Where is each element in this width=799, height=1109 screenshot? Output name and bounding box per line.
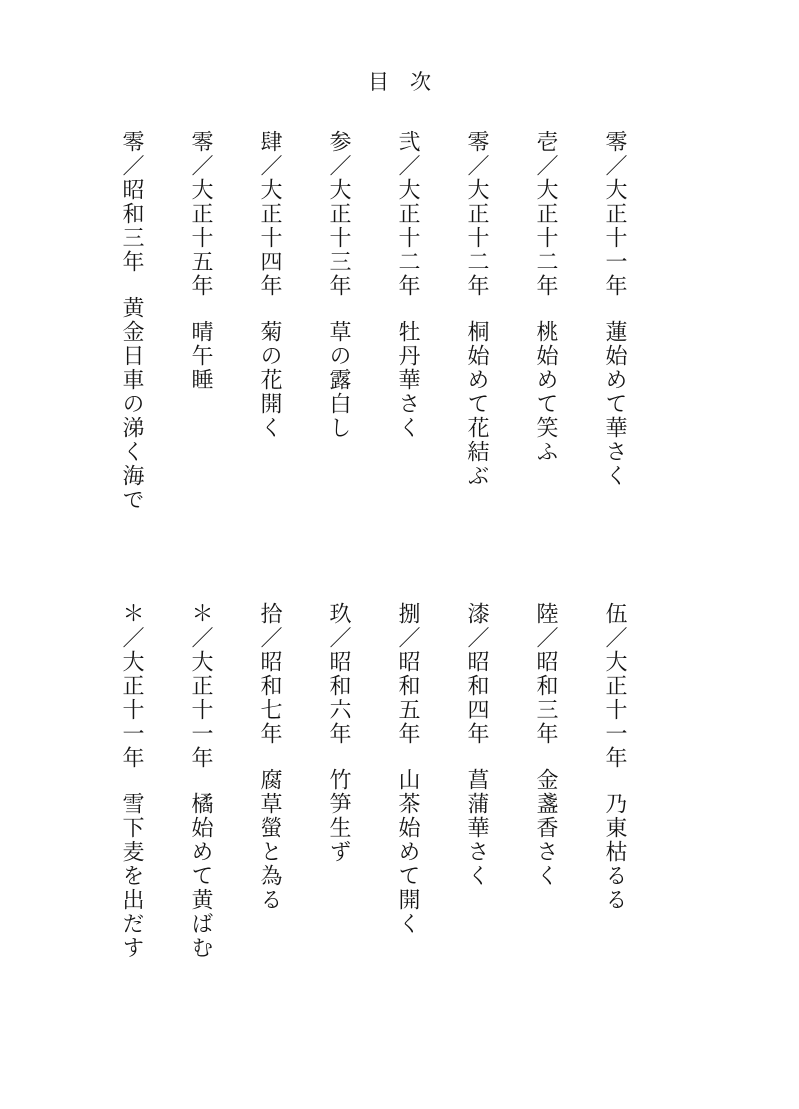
- entry-year: 昭和三年: [119, 178, 144, 274]
- entry-number: 玖: [326, 602, 351, 626]
- entry-caption: 菖蒲華さく: [464, 768, 489, 888]
- entry-separator: ／: [119, 154, 144, 178]
- entry-separator: ／: [188, 626, 213, 650]
- entry-separator: ／: [602, 626, 627, 650]
- entry-number: 零: [464, 130, 489, 154]
- entry-number: 肆: [257, 130, 282, 154]
- entry-caption: 菊の花開く: [257, 320, 282, 440]
- entry-separator: ／: [395, 626, 420, 650]
- entry-caption: 金盞香さく: [533, 768, 558, 888]
- entry-year: 昭和六年: [326, 650, 351, 746]
- entry-year: 大正十四年: [257, 178, 282, 298]
- entry-year: 大正十二年: [533, 178, 558, 298]
- entry-year: 昭和四年: [464, 650, 489, 746]
- entry-year: 大正十五年: [188, 178, 213, 298]
- entry-number: 零: [188, 130, 213, 154]
- toc-part-1: 零／大正十一年蓮始めて華さく 壱／大正十二年桃始めて笑ふ 零／大正十二年桐始めて…: [97, 130, 649, 620]
- entry-separator: ／: [533, 626, 558, 650]
- entry-caption: 牡丹華さく: [395, 320, 420, 440]
- toc-entry: 陸／昭和三年金盞香さく: [511, 602, 580, 1092]
- entry-separator: ／: [395, 154, 420, 178]
- entry-number: ＊: [188, 602, 213, 626]
- entry-separator: ／: [464, 626, 489, 650]
- entry-year: 昭和三年: [533, 650, 558, 746]
- entry-year: 大正十三年: [326, 178, 351, 298]
- entry-caption: 蓮始めて華さく: [602, 320, 627, 488]
- entry-number: 零: [119, 130, 144, 154]
- entry-caption: 黄金日車の涕く海で: [119, 296, 144, 512]
- entry-caption: 腐草螢と為る: [257, 768, 282, 912]
- entry-caption: 乃東枯るる: [602, 792, 627, 912]
- entry-number: 伍: [602, 602, 627, 626]
- toc-entry: 零／大正十五年晴午睡: [166, 130, 235, 620]
- entry-separator: ／: [533, 154, 558, 178]
- toc-part-2: 伍／大正十一年乃東枯るる 陸／昭和三年金盞香さく 漆／昭和四年菖蒲華さく 捌／昭…: [97, 602, 649, 1092]
- toc-entry: 捌／昭和五年山茶始めて開く: [373, 602, 442, 1092]
- entry-number: 壱: [533, 130, 558, 154]
- entry-caption: 晴午睡: [188, 320, 213, 392]
- entry-caption: 桐始めて花結ぶ: [464, 320, 489, 488]
- toc-entry: 弐／大正十二年牡丹華さく: [373, 130, 442, 620]
- entry-caption: 桃始めて笑ふ: [533, 320, 558, 464]
- entry-separator: ／: [326, 626, 351, 650]
- toc-entry: 漆／昭和四年菖蒲華さく: [442, 602, 511, 1092]
- entry-separator: ／: [602, 154, 627, 178]
- entry-caption: 竹笋生ず: [326, 768, 351, 864]
- entry-year: 大正十一年: [602, 178, 627, 298]
- entry-separator: ／: [464, 154, 489, 178]
- entry-year: 大正十一年: [602, 650, 627, 770]
- entry-separator: ／: [257, 154, 282, 178]
- entry-year: 昭和五年: [395, 650, 420, 746]
- toc-entry: 参／大正十三年草の露白し: [304, 130, 373, 620]
- entry-number: 漆: [464, 602, 489, 626]
- entry-number: 零: [602, 130, 627, 154]
- entry-year: 大正十二年: [464, 178, 489, 298]
- entry-number: 拾: [257, 602, 282, 626]
- entry-number: 参: [326, 130, 351, 154]
- toc-entry: ＊／大正十一年雪下麦を出だす: [97, 602, 166, 1092]
- toc-entry: 肆／大正十四年菊の花開く: [235, 130, 304, 620]
- toc-entry: 壱／大正十二年桃始めて笑ふ: [511, 130, 580, 620]
- toc-entry: 拾／昭和七年腐草螢と為る: [235, 602, 304, 1092]
- entry-number: 捌: [395, 602, 420, 626]
- entry-caption: 橘始めて黄ばむ: [188, 792, 213, 960]
- entry-separator: ／: [188, 154, 213, 178]
- toc-entry: 伍／大正十一年乃東枯るる: [580, 602, 649, 1092]
- entry-year: 昭和七年: [257, 650, 282, 746]
- entry-separator: ／: [257, 626, 282, 650]
- entry-caption: 雪下麦を出だす: [119, 792, 144, 960]
- entry-number: ＊: [119, 602, 144, 626]
- entry-year: 大正十一年: [188, 650, 213, 770]
- entry-number: 陸: [533, 602, 558, 626]
- entry-caption: 山茶始めて開く: [395, 768, 420, 936]
- book-page: 目 次 零／大正十一年蓮始めて華さく 壱／大正十二年桃始めて笑ふ 零／大正十二年…: [0, 0, 799, 1109]
- entry-separator: ／: [326, 154, 351, 178]
- toc-entry: 零／大正十一年蓮始めて華さく: [580, 130, 649, 620]
- entry-number: 弐: [395, 130, 420, 154]
- toc-entry: ＊／大正十一年橘始めて黄ばむ: [166, 602, 235, 1092]
- entry-caption: 草の露白し: [326, 320, 351, 440]
- toc-entry: 零／大正十二年桐始めて花結ぶ: [442, 130, 511, 620]
- entry-year: 大正十一年: [119, 650, 144, 770]
- toc-entry: 零／昭和三年黄金日車の涕く海で: [97, 130, 166, 620]
- entry-separator: ／: [119, 626, 144, 650]
- page-title: 目 次: [0, 66, 799, 96]
- entry-year: 大正十二年: [395, 178, 420, 298]
- toc-entry: 玖／昭和六年竹笋生ず: [304, 602, 373, 1092]
